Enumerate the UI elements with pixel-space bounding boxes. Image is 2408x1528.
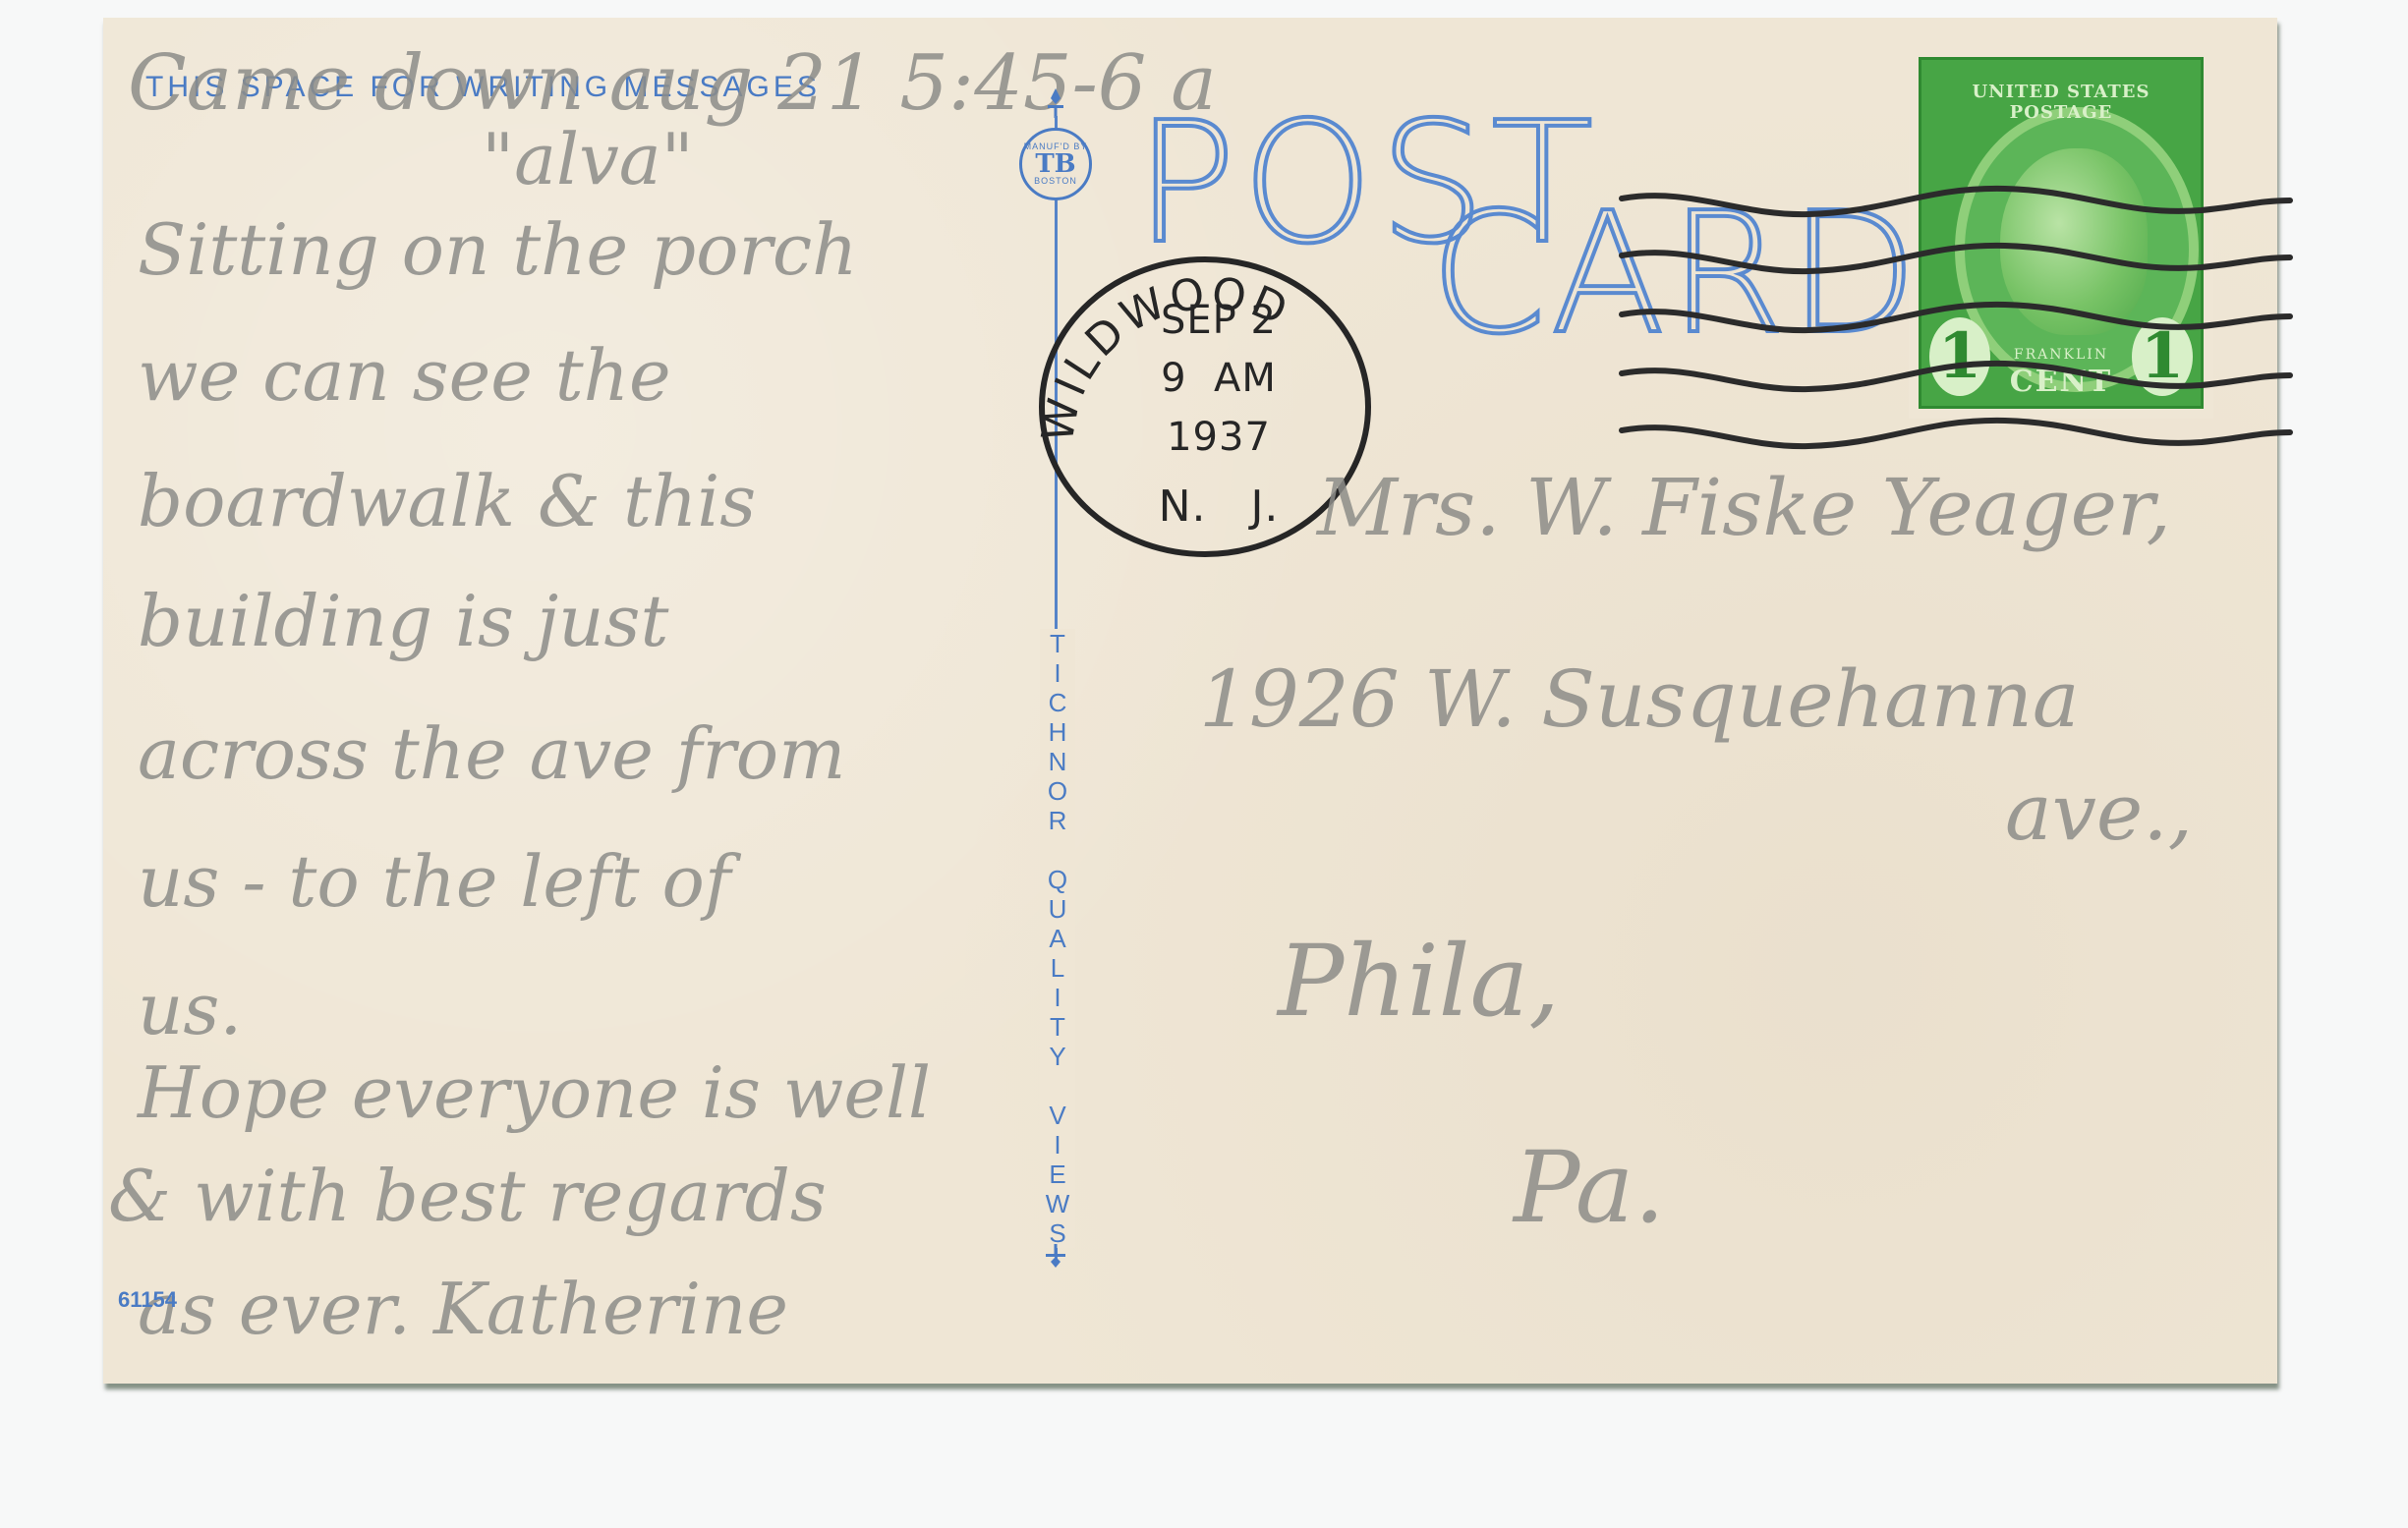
message-line: Sitting on the porch [138,208,858,291]
message-signature: as ever. Katherine [138,1268,788,1350]
divider-finial-bottom-icon [1045,1244,1066,1268]
postmark-date: SEP 2 [1120,298,1317,343]
divider-letter: O [1048,776,1067,806]
message-line: boardwalk & this [138,460,756,542]
address-state: Pa. [1514,1130,1665,1245]
message-line: us - to the left of [138,840,731,923]
message-line: we can see the [138,334,671,417]
address-street-suffix: ave., [2005,766,2193,858]
divider-letter: I [1054,658,1061,688]
divider-letter: V [1049,1101,1065,1130]
divider-letter: N [1049,747,1067,776]
logo-lower-text: BOSTON [1034,177,1077,186]
divider-letter: Q [1048,865,1067,894]
message-line: across the ave from [138,712,845,795]
message-line: Hope everyone is well [138,1051,931,1134]
address-recipient: Mrs. W. Fiske Yeager, [1317,462,2171,553]
divider-letter: L [1051,953,1064,983]
message-line: us. [138,968,242,1050]
message-line: "alva" [482,118,694,200]
divider-letter: C [1049,688,1067,717]
divider-letter: T [1050,629,1065,658]
divider-letter: I [1054,1130,1061,1160]
divider-letter: I [1054,983,1061,1012]
divider-letter: H [1049,717,1067,747]
card-number: 61154 [118,1287,177,1313]
logo-monogram: TB [1035,151,1075,177]
publisher-logo: MANUF'D BY TB BOSTON [1019,128,1092,200]
divider-letter: T [1050,1012,1065,1042]
postmark-time: 9 AM [1120,356,1317,401]
divider-letter: A [1049,924,1065,953]
divider-publisher-text: TICHNORQUALITYVIEWS [1040,629,1075,1248]
divider-finial-icon [1046,88,1065,118]
address-street: 1926 W. Susquehanna [1199,653,2080,745]
divider-letter: W [1046,1189,1070,1218]
divider-letter: R [1049,806,1067,835]
cancellation-lines [1514,177,2300,491]
stamp-country-text: UNITED STATES POSTAGE [1921,82,2201,123]
message-line: & with best regards [108,1155,827,1237]
message-line: building is just [138,580,668,662]
divider-letter: U [1049,894,1067,924]
postmark-state: N. J. [1130,481,1307,532]
divider-letter: Y [1049,1042,1065,1071]
divider-letter: E [1049,1160,1065,1189]
postmark-year: 1937 [1120,415,1317,460]
address-city: Phila, [1278,924,1560,1039]
